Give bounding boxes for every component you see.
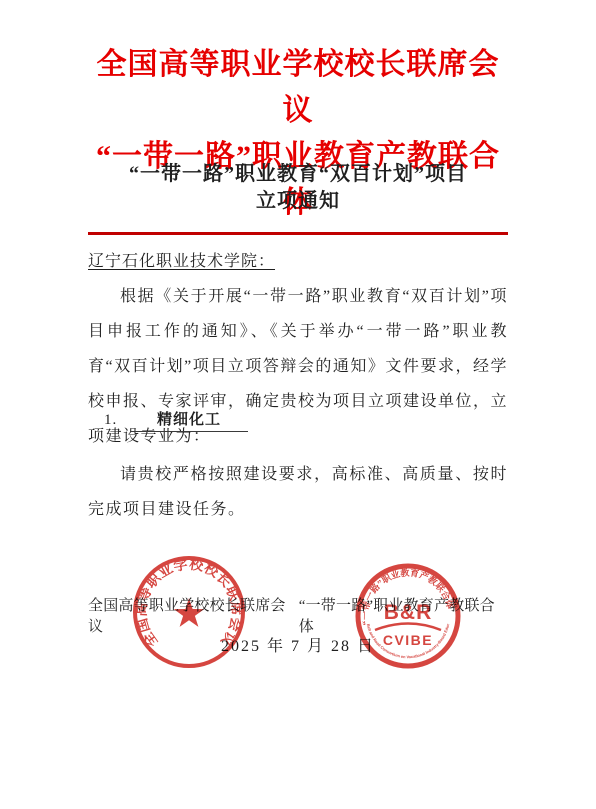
seal-right-acronym-text: CVIBE: [383, 632, 433, 648]
document-title-line2: 立项通知: [88, 188, 508, 215]
document-date: 2025 年 7 月 28 日: [0, 633, 596, 656]
seal-right-center-text: B&R: [384, 601, 433, 624]
document-page: 全国高等职业学校校长联席会议 “一带一路”职业教育产教联合体 “一带一路”职业教…: [0, 0, 596, 809]
salutation: 辽宁石化职业技术学院：: [88, 248, 508, 271]
official-seal-right: “一带一路”职业教育产教联合体 B&R CVIBE Belt and Road …: [354, 562, 462, 670]
approved-major-name: 精细化工: [130, 408, 248, 432]
star-icon: [174, 598, 204, 627]
letterhead-title-line1: 全国高等职业学校校长联席会议: [88, 42, 508, 134]
seal-right-divider-arc: [375, 624, 441, 631]
body-paragraph-2: 请贵校严格按照建设要求，高标准、高质量、按时完成项目建设任务。: [88, 457, 508, 527]
approved-major-item: 1. 精细化工: [104, 408, 248, 432]
document-title: “一带一路”职业教育“双百计划”项目 立项通知: [88, 161, 508, 215]
list-item-number: 1.: [104, 412, 117, 429]
document-title-line1: “一带一路”职业教育“双百计划”项目: [88, 161, 508, 188]
official-seal-left: 全国高等职业学校校长联席会议: [131, 554, 247, 670]
